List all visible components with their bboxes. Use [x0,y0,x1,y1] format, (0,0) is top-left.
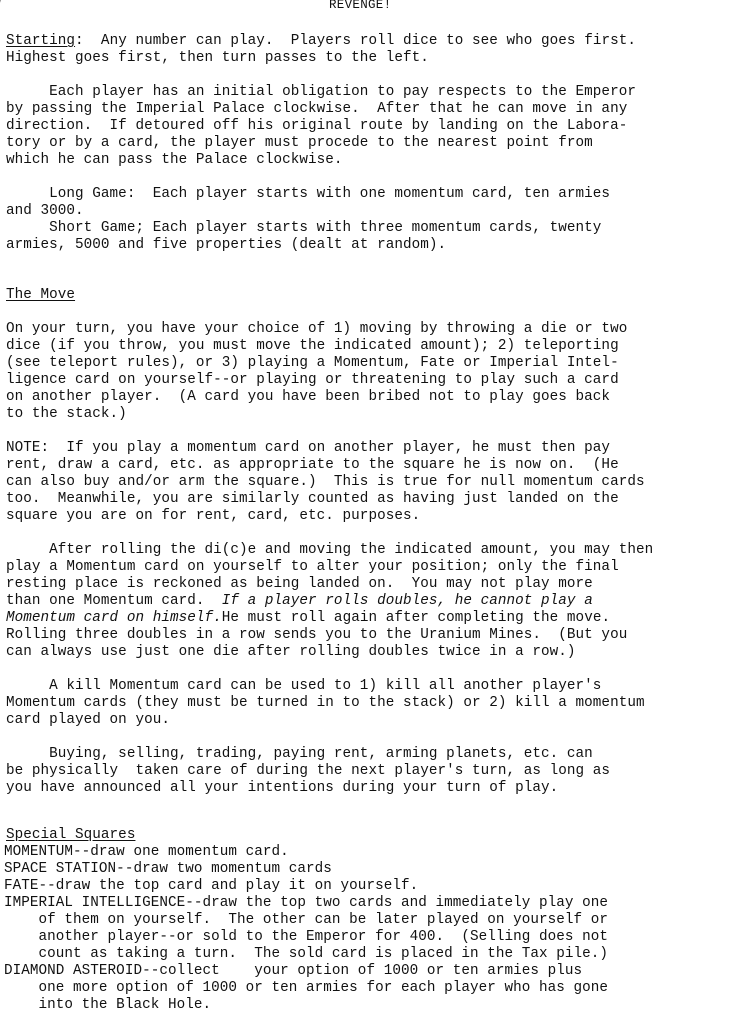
special-square-diamond-asteroid: into the Black Hole. [4,997,211,1013]
after-rolling-line: Momentum card on himself.He must roll ag… [6,610,610,627]
note-line: can also buy and/or arm the square.) Thi… [6,474,645,491]
special-square-diamond-asteroid: DIAMOND ASTEROID--collect your option of… [4,963,582,980]
obligation-line: by passing the Imperial Palace clockwise… [6,101,627,118]
long-game-line: Long Game: Each player starts with one m… [6,186,610,203]
the-move-line: on another player. (A card you have been… [6,389,610,406]
starting-line-2: Highest goes first, then turn passes to … [6,50,429,67]
the-move-line: dice (if you throw, you must move the in… [6,338,619,355]
note-line: rent, draw a card, etc. as appropriate t… [6,457,619,474]
obligation-line: tory or by a card, the player must proce… [6,135,593,152]
section-heading-starting: Starting [6,33,75,49]
buying-line: you have announced all your intentions d… [6,780,558,797]
after-rolling-line: than one Momentum card. If a player roll… [6,593,593,610]
note-line: square you are on for rent, card, etc. p… [6,508,420,525]
buying-line: Buying, selling, trading, paying rent, a… [6,746,593,763]
special-square-imperial-intelligence: count as taking a turn. The sold card is… [4,946,608,963]
special-square-space-station: SPACE STATION--draw two momentum cards [4,861,332,878]
the-move-line: to the stack.) [6,406,127,423]
special-square-imperial-intelligence: of them on yourself. The other can be la… [4,912,608,929]
short-game-line: Short Game; Each player starts with thre… [6,220,601,237]
after-rolling-line: Rolling three doubles in a row sends you… [6,627,627,644]
obligation-line: Each player has an initial obligation to… [6,84,636,101]
the-move-line: (see teleport rules), or 3) playing a Mo… [6,355,619,372]
after-rolling-line: play a Momentum card on yourself to alte… [6,559,619,576]
special-square-diamond-asteroid: one more option of 1000 or ten armies fo… [4,980,608,997]
special-square-imperial-intelligence: another player--or sold to the Emperor f… [4,929,608,946]
short-game-line: armies, 5000 and five properties (dealt … [6,237,446,254]
special-square-fate: FATE--draw the top card and play it on y… [4,878,418,895]
kill-card-line: A kill Momentum card can be used to 1) k… [6,678,601,695]
the-move-line: ligence card on yourself--or playing or … [6,372,619,389]
scanned-document-page: REVENGE! Starting: Any number can play. … [0,0,751,1013]
starting-text: : Any number can play. Players roll dice… [75,33,636,49]
starting-line-1: Starting: Any number can play. Players r… [6,33,636,50]
obligation-line: direction. If detoured off his original … [6,118,627,135]
long-game-line: and 3000. [6,203,84,220]
document-title: REVENGE! [329,0,391,14]
buying-line: be physically taken care of during the n… [6,763,610,780]
after-rolling-line: After rolling the di(c)e and moving the … [6,542,653,559]
note-line: NOTE: If you play a momentum card on ano… [6,440,610,457]
section-heading-the-move: The Move [6,287,75,304]
kill-card-line: card played on you. [6,712,170,729]
obligation-line: which he can pass the Palace clockwise. [6,152,343,169]
after-rolling-text: He must roll again after completing the … [222,610,610,626]
scan-artifact-mark [0,0,11,30]
after-rolling-text: than one Momentum card. [6,593,222,609]
kill-card-line: Momentum cards (they must be turned in t… [6,695,645,712]
special-square-imperial-intelligence: IMPERIAL INTELLIGENCE--draw the top two … [4,895,608,912]
doubles-rule-italic: Momentum card on himself. [6,610,222,626]
the-move-line: On your turn, you have your choice of 1)… [6,321,627,338]
note-line: too. Meanwhile, you are similarly counte… [6,491,619,508]
after-rolling-line: resting place is reckoned as being lande… [6,576,593,593]
doubles-rule-italic: If a player rolls doubles, he cannot pla… [222,593,593,609]
section-heading-special-squares: Special Squares [6,827,135,844]
special-square-momentum: MOMENTUM--draw one momentum card. [4,844,289,861]
after-rolling-line: can always use just one die after rollin… [6,644,576,661]
